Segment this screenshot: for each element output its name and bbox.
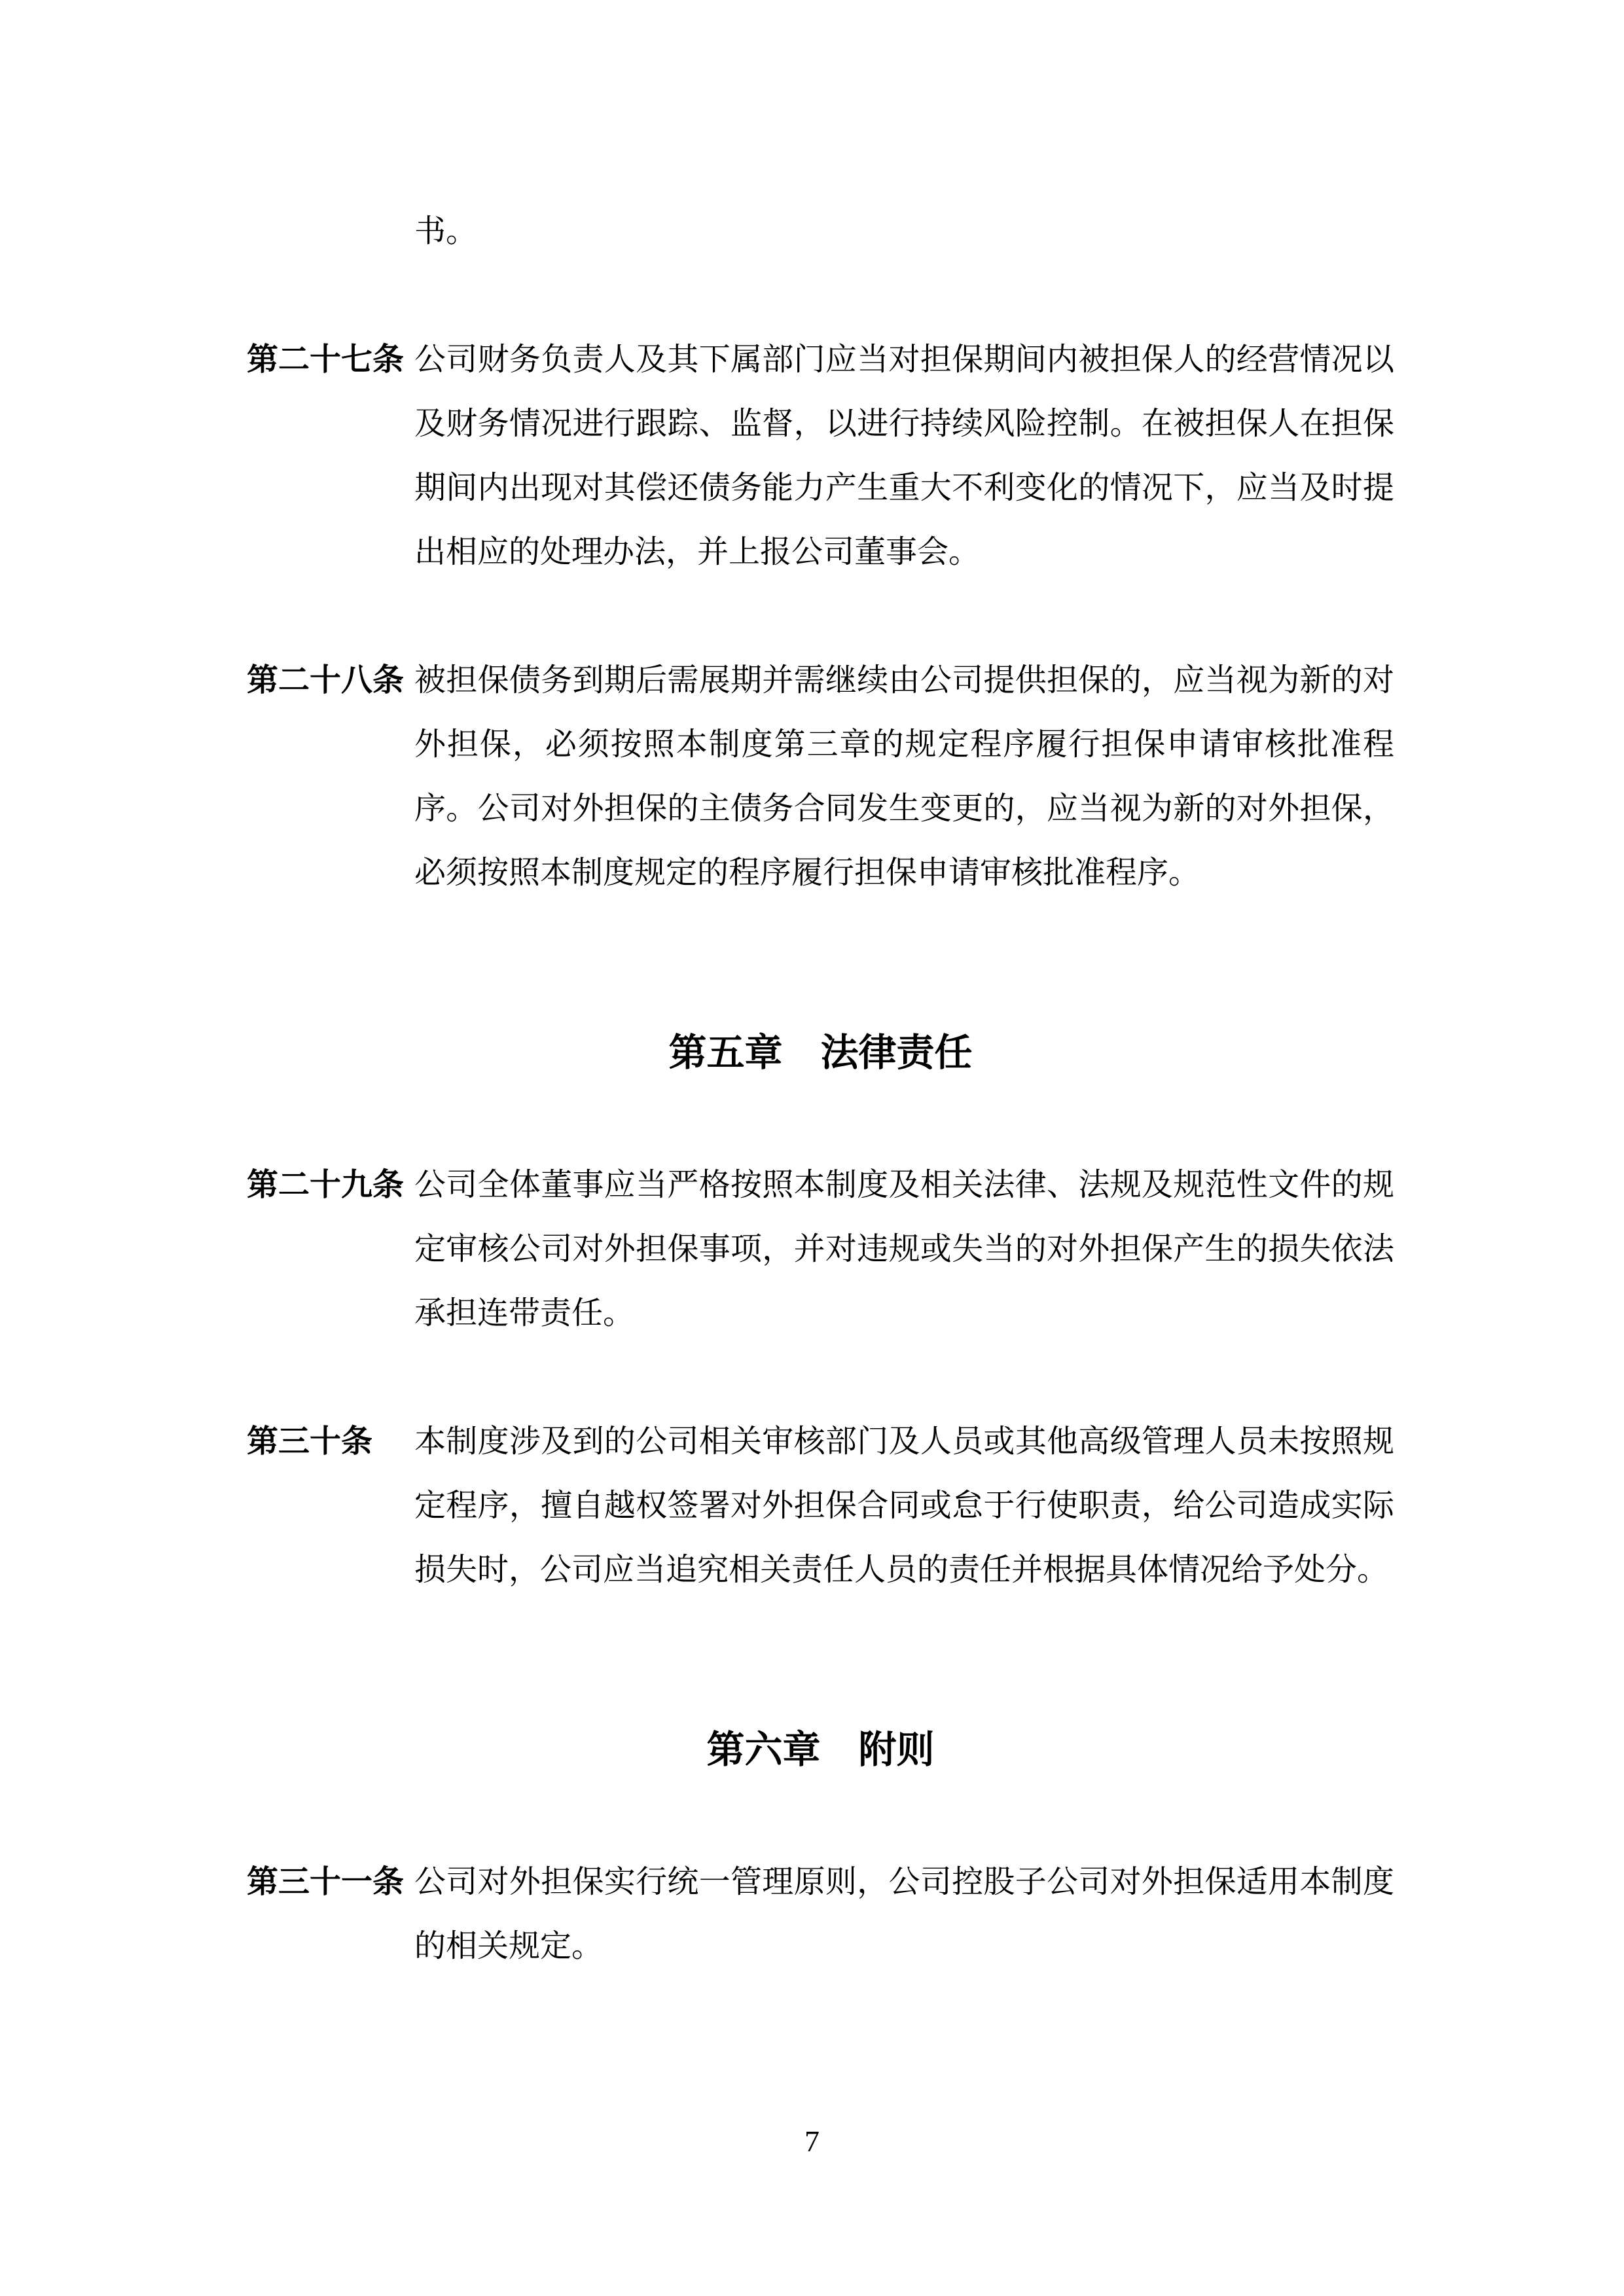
article-27-text: 公司财务负责人及其下属部门应当对担保期间内被担保人的经营情况以及财务情况进行跟踪… (414, 328, 1394, 584)
chapter-5-number: 第五章 (668, 1031, 782, 1074)
chapter-6-title: 附则 (859, 1729, 935, 1771)
article-28-text: 被担保债务到期后需展期并需继续由公司提供担保的，应当视为新的对外担保，必须按照本… (414, 649, 1394, 905)
article-31-label: 第三十一条 (247, 1850, 414, 1914)
article-29-text: 公司全体董事应当严格按照本制度及相关法律、法规及规范性文件的规定审核公司对外担保… (414, 1153, 1394, 1346)
article-30-text: 本制度涉及到的公司相关审核部门及人员或其他高级管理人员未按照规定程序，擅自越权签… (414, 1410, 1394, 1602)
document-page: 书。 第二十七条 公司财务负责人及其下属部门应当对担保期间内被担保人的经营情况以… (0, 0, 1624, 2296)
article-28: 第二十八条 被担保债务到期后需展期并需继续由公司提供担保的，应当视为新的对外担保… (247, 649, 1394, 905)
article-27: 第二十七条 公司财务负责人及其下属部门应当对担保期间内被担保人的经营情况以及财务… (247, 328, 1394, 584)
article-29-label: 第二十九条 (247, 1153, 414, 1217)
article-30: 第三十条 本制度涉及到的公司相关审核部门及人员或其他高级管理人员未按照规定程序，… (247, 1410, 1394, 1602)
article-28-label: 第二十八条 (247, 649, 414, 713)
document-content: 书。 第二十七条 公司财务负责人及其下属部门应当对担保期间内被担保人的经营情况以… (0, 0, 1624, 1979)
chapter-6-heading: 第六章附则 (247, 1714, 1394, 1786)
article-30-label: 第三十条 (247, 1410, 414, 1474)
chapter-5-title: 法律责任 (821, 1031, 973, 1074)
paragraph-continuation: 书。 (414, 200, 1394, 264)
chapter-6-number: 第六章 (706, 1729, 820, 1771)
article-27-label: 第二十七条 (247, 328, 414, 392)
page-number: 7 (804, 2125, 820, 2158)
chapter-5-heading: 第五章法律责任 (247, 1017, 1394, 1089)
page-footer: 7 (0, 2124, 1624, 2159)
article-29: 第二十九条 公司全体董事应当严格按照本制度及相关法律、法规及规范性文件的规定审核… (247, 1153, 1394, 1346)
article-31: 第三十一条 公司对外担保实行统一管理原则，公司控股子公司对外担保适用本制度的相关… (247, 1850, 1394, 1979)
article-31-text: 公司对外担保实行统一管理原则，公司控股子公司对外担保适用本制度的相关规定。 (414, 1850, 1394, 1979)
